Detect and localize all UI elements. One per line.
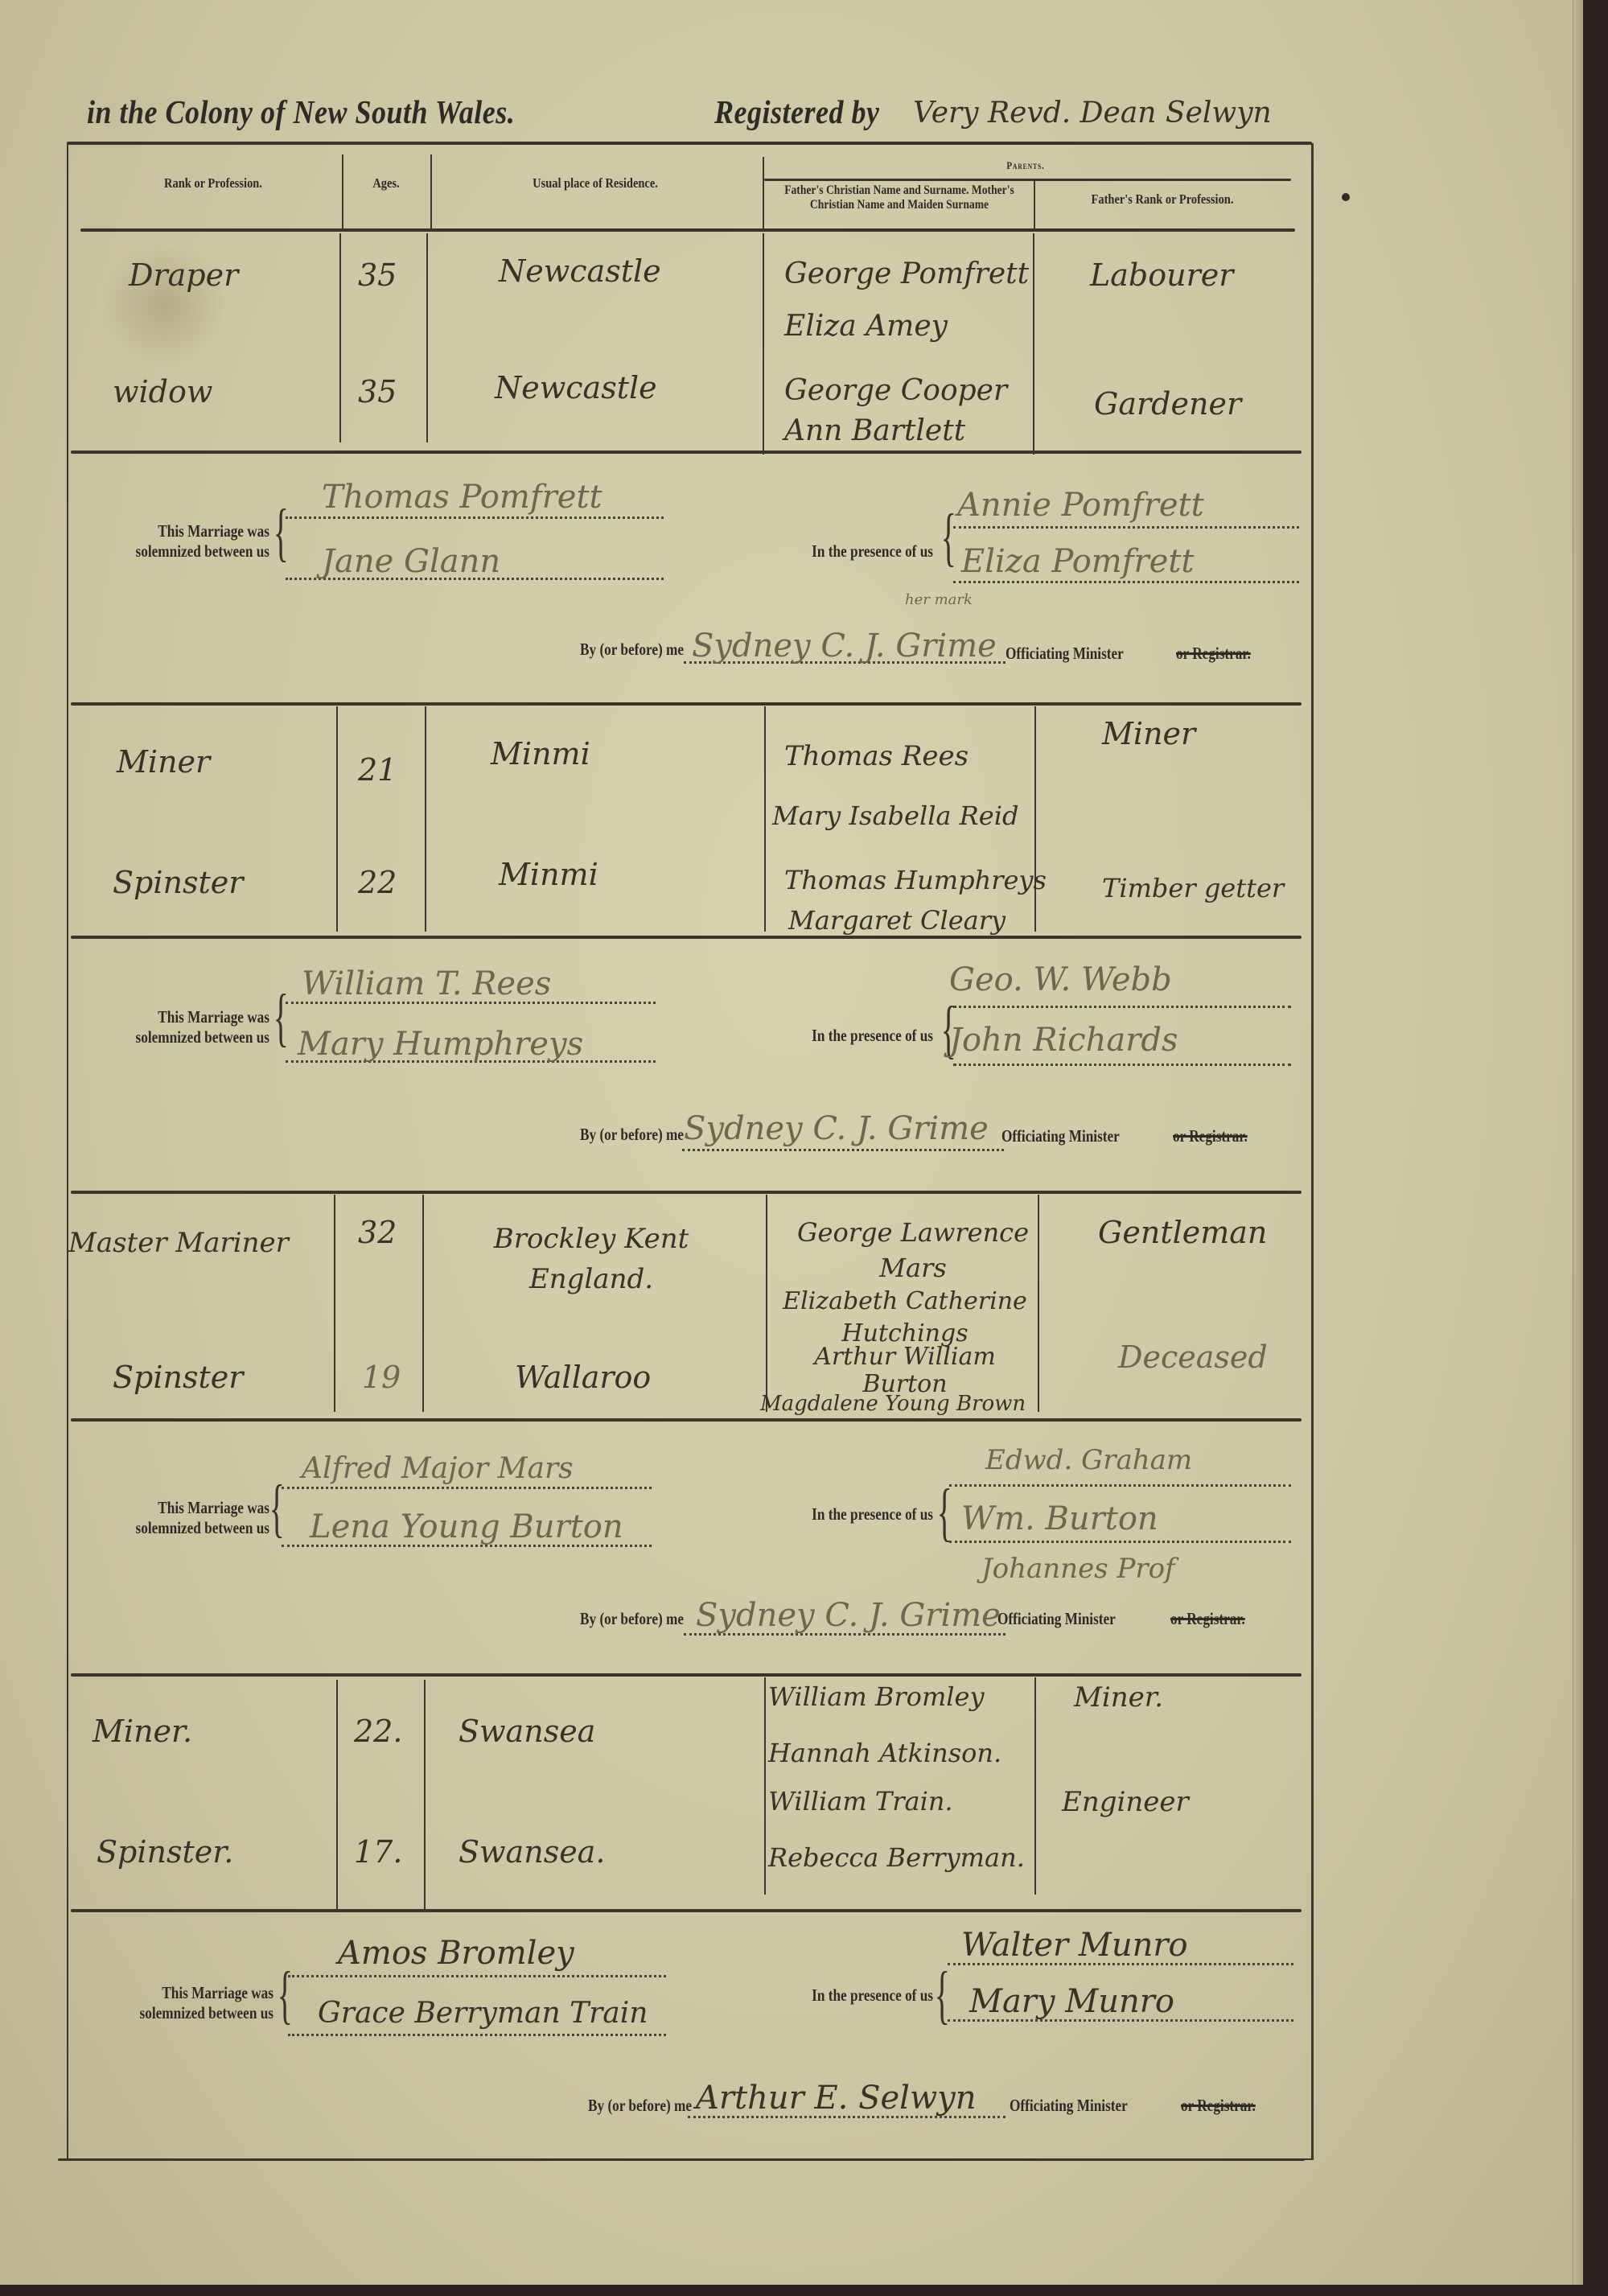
bride-signature: Mary Humphreys — [298, 1026, 583, 1063]
col-header-rank: Rank or Profession. — [101, 175, 327, 191]
bride-rank: widow — [113, 374, 212, 409]
brace: { — [269, 1476, 285, 1541]
signature-line — [288, 2034, 666, 2036]
or-registrar-struck: or Registrar. — [1173, 1126, 1272, 1146]
groom-mother: Hannah Atkinson. — [768, 1738, 1001, 1768]
entry-rule — [71, 1191, 1302, 1194]
registrar-signature: Very Revd. Dean Selwyn — [913, 97, 1272, 130]
groom-rank: Draper — [129, 257, 238, 293]
signature-line — [682, 1149, 1004, 1151]
col-header-father-rank: Father's Rank or Profession. — [1056, 191, 1269, 208]
or-registrar-struck: or Registrar. — [1181, 2096, 1280, 2116]
groom-father-rank: Miner — [1102, 716, 1195, 751]
officiating-label: Officiating Minister — [1010, 2096, 1154, 2116]
table-bottom-rule — [58, 2158, 1305, 2161]
groom-signature: Amos Bromley — [338, 1935, 574, 1972]
signature-line — [953, 581, 1299, 583]
bride-signature: Lena Young Burton — [310, 1508, 623, 1545]
bride-age: 22 — [358, 865, 397, 900]
brace: { — [273, 985, 289, 1050]
groom-rank: Master Mariner — [68, 1227, 289, 1259]
col-divider — [336, 1680, 338, 1909]
signature-line — [282, 1487, 652, 1489]
groom-age: 35 — [358, 257, 397, 293]
col-divider — [430, 154, 432, 231]
bride-mother: Rebecca Berryman. — [768, 1842, 1025, 1873]
groom-age: 22. — [354, 1714, 402, 1749]
col-header-parents: Parents. — [804, 158, 1248, 174]
presence-label: In the presence of us — [735, 1026, 933, 1046]
groom-signature: William T. Rees — [302, 965, 551, 1002]
bride-age: 17. — [354, 1834, 402, 1870]
registered-by-label: Registered by — [714, 93, 879, 131]
groom-father-rank: Labourer — [1090, 257, 1233, 293]
table-top-rule — [67, 142, 1312, 145]
bride-father-rank: Timber getter — [1102, 873, 1284, 903]
bride-residence: Wallaroo — [515, 1360, 651, 1395]
page-heading: in the Colony of New South Wales. Regist… — [87, 93, 515, 131]
entry-rule — [71, 702, 1302, 706]
bride-father-rank: Gardener — [1094, 386, 1241, 422]
col-divider — [339, 233, 341, 442]
signature-line — [953, 1006, 1291, 1008]
col-divider — [766, 1195, 767, 1412]
witness1-signature: Annie Pomfrett — [957, 487, 1204, 524]
groom-father-rank: Miner. — [1074, 1681, 1163, 1714]
by-before-label: By (or before) me — [492, 1125, 684, 1145]
groom-age: 21 — [358, 752, 397, 788]
entry-rule — [71, 1418, 1302, 1422]
bride-rank: Spinster. — [97, 1834, 233, 1870]
header-bottom-rule — [80, 228, 1295, 232]
col-divider — [764, 706, 766, 932]
signature-line — [953, 526, 1299, 529]
groom-age: 32 — [358, 1215, 397, 1250]
col-divider — [424, 1680, 426, 1909]
marriage-label: This Marriage wassolemnized between us — [101, 521, 269, 562]
minister-signature: Sydney C. J. Grime — [692, 627, 997, 665]
groom-residence: Minmi — [491, 736, 590, 772]
bride-age: 19 — [362, 1360, 401, 1395]
col-divider — [1034, 1677, 1036, 1895]
signature-line — [949, 1541, 1291, 1543]
witness2-signature: Eliza Pomfrett — [961, 543, 1194, 580]
groom-residence: Newcastle — [499, 253, 661, 289]
brace: { — [273, 500, 289, 565]
groom-father-rank: Gentleman — [1098, 1215, 1267, 1250]
col-header-residence: Usual place of Residence. — [455, 175, 736, 191]
signature-line — [949, 1484, 1291, 1487]
minister-signature: Sydney C. J. Grime — [684, 1110, 989, 1147]
witness2-signature: Mary Munro — [969, 1983, 1174, 2020]
groom-residence: Brockley Kent England. — [446, 1219, 736, 1299]
groom-father: William Bromley — [768, 1681, 985, 1712]
bride-mother: Ann Bartlett — [784, 414, 965, 447]
groom-father: George Pomfrett — [784, 257, 1029, 290]
marriage-label: This Marriage wassolemnized between us — [105, 1983, 273, 2023]
groom-signature: Thomas Pomfrett — [322, 479, 602, 516]
officiating-label: Officiating Minister — [1006, 644, 1150, 664]
signature-line — [286, 516, 664, 519]
officiating-label: Officiating Minister — [997, 1609, 1142, 1629]
minister-signature: Sydney C. J. Grime — [696, 1597, 1001, 1634]
groom-mother: Mary Isabella Reid — [772, 800, 1018, 831]
colony-text: in the Colony of New South Wales. — [87, 93, 515, 130]
brace: { — [937, 1480, 952, 1545]
marriage-label: This Marriage wassolemnized between us — [101, 1007, 269, 1047]
presence-label: In the presence of us — [735, 1985, 933, 2006]
brace: { — [941, 505, 956, 570]
minister-signature: Arthur E. Selwyn — [696, 2080, 977, 2117]
witness2-signature: Wm. Burton — [961, 1500, 1158, 1537]
col-divider — [764, 1677, 766, 1895]
parents-rule — [764, 179, 1291, 181]
groom-residence: Swansea — [459, 1714, 595, 1749]
presence-label: In the presence of us — [735, 541, 933, 562]
col-divider — [342, 154, 343, 231]
witness1-signature: Geo. W. Webb — [949, 961, 1172, 998]
bride-mother: Margaret Cleary — [788, 905, 1006, 936]
bride-age: 35 — [358, 374, 397, 409]
bride-father: Arthur William Burton — [772, 1343, 1038, 1398]
witness3-signature: Johannes Prof — [981, 1553, 1175, 1585]
page-edge — [1573, 0, 1583, 2285]
or-registrar-struck: or Registrar. — [1170, 1609, 1269, 1629]
bride-residence: Swansea. — [459, 1834, 605, 1870]
entry-rule — [71, 1909, 1302, 1912]
bride-father: William Train. — [768, 1786, 953, 1817]
officiating-label: Officiating Minister — [1001, 1126, 1146, 1146]
groom-mother: Elizabeth Catherine Hutchings — [768, 1286, 1042, 1350]
groom-father: Thomas Rees — [784, 740, 969, 772]
entry-rule — [71, 1673, 1302, 1677]
col-divider — [763, 233, 764, 455]
brace: { — [278, 1963, 293, 2027]
bride-father-rank: Engineer — [1062, 1786, 1189, 1818]
witness-mark-note: her mark — [905, 591, 973, 608]
register-table — [67, 143, 1314, 2160]
ink-spot — [1342, 193, 1350, 201]
signature-line — [288, 1975, 666, 1977]
col-divider — [1033, 233, 1034, 455]
groom-rank: Miner — [117, 744, 210, 780]
col-divider — [1034, 181, 1035, 231]
bride-residence: Newcastle — [495, 370, 657, 405]
groom-signature: Alfred Major Mars — [302, 1452, 574, 1485]
col-header-ages: Ages. — [348, 175, 424, 191]
groom-mother: Eliza Amey — [784, 310, 948, 343]
entry-rule — [71, 451, 1302, 454]
col-divider — [1034, 706, 1036, 932]
bride-signature: Grace Berryman Train — [318, 1997, 648, 2030]
groom-father: George Lawrence Mars — [784, 1215, 1042, 1286]
col-divider — [763, 157, 764, 231]
col-divider — [336, 706, 338, 932]
entry-rule — [71, 936, 1302, 939]
bride-residence: Minmi — [499, 857, 598, 892]
marriage-label: This Marriage wassolemnized between us — [101, 1498, 269, 1538]
witness2-signature: John Richards — [949, 1022, 1178, 1059]
by-before-label: By (or before) me — [492, 1609, 684, 1629]
bride-father-rank: Deceased — [1118, 1339, 1268, 1375]
bride-rank: Spinster — [113, 1360, 243, 1395]
bride-mother: Magdalene Young Brown — [760, 1392, 1026, 1416]
brace: { — [935, 1963, 950, 2027]
bride-father: George Cooper — [784, 374, 1007, 407]
witness1-signature: Edwd. Graham — [985, 1444, 1192, 1476]
or-registrar-struck: or Registrar. — [1176, 644, 1275, 664]
signature-line — [953, 1064, 1291, 1066]
bride-father: Thomas Humphreys — [784, 865, 1047, 895]
witness1-signature: Walter Munro — [961, 1927, 1188, 1964]
bride-signature: Jane Glann — [322, 543, 500, 580]
col-divider — [425, 706, 426, 932]
col-divider — [422, 1195, 424, 1412]
presence-label: In the presence of us — [735, 1504, 933, 1524]
by-before-label: By (or before) me — [500, 2096, 692, 2116]
col-header-parent-names: Father's Christian Name and Surname. Mot… — [783, 183, 1016, 212]
by-before-label: By (or before) me — [492, 640, 684, 660]
groom-rank: Miner. — [93, 1714, 192, 1749]
col-divider — [334, 1195, 335, 1412]
bride-rank: Spinster — [113, 865, 243, 900]
register-page: in the Colony of New South Wales. Regist… — [0, 0, 1577, 2285]
col-divider — [426, 233, 428, 442]
